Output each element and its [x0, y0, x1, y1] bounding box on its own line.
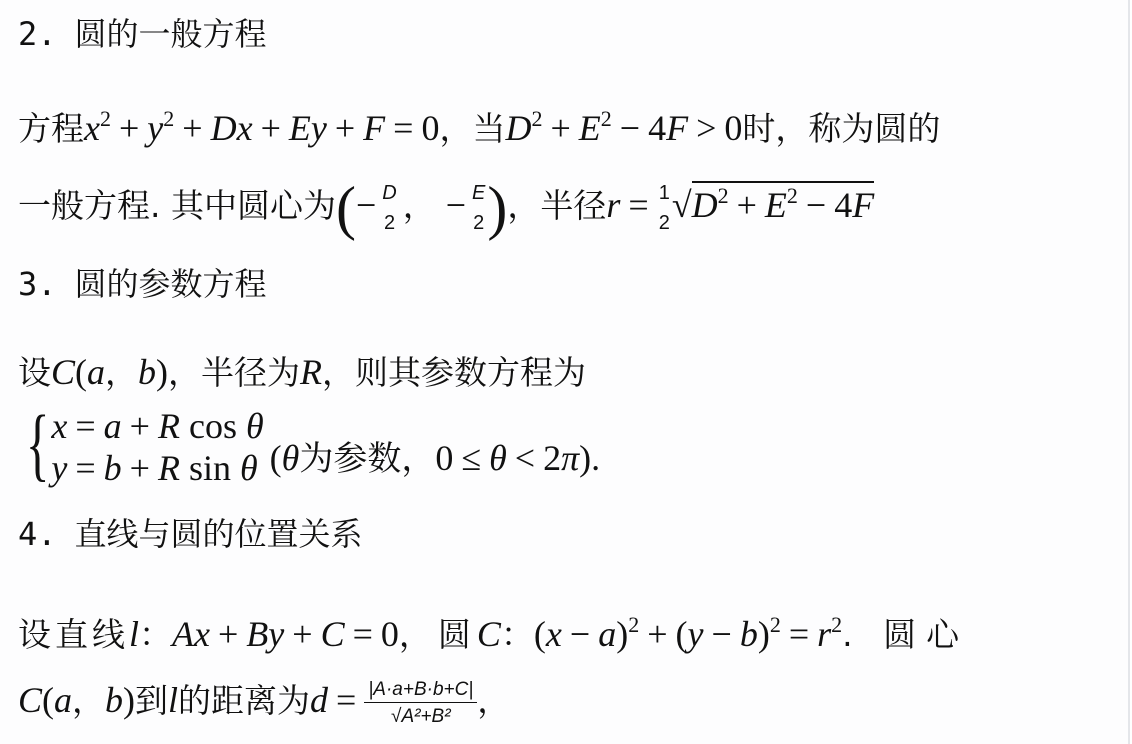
fraction-d-over-2: D2 — [380, 183, 398, 233]
section-title: 圆的参数方程 — [75, 265, 267, 303]
line-circle-definition: 设直线l：Ax+By+C=0，圆C：(x−a)2+(y−b)2=r2. 圆心 — [18, 605, 969, 655]
text-fragment: 设直线 — [18, 615, 129, 654]
document-page: 2.圆的一般方程 方程x2+y2+Dx+Ey+F=0，当D2+E2−4F>0时，… — [0, 0, 1130, 744]
parametric-intro-line: 设C(a，b)，半径为R，则其参数方程为 — [18, 352, 586, 393]
text-fragment: 到 — [135, 681, 168, 720]
center-radius-line: 一般方程. 其中圆心为(−D2，−E2)，半径r=12√D2+E2−4F — [18, 176, 874, 238]
fraction-one-half: 12 — [657, 183, 672, 233]
text-fragment: ，圆 — [399, 615, 477, 654]
parameter-condition: (θ为参数，0≤θ<2π). — [270, 431, 601, 480]
section-2-heading: 2.圆的一般方程 — [18, 14, 267, 54]
text-fragment: ，则其参数方程为 — [322, 353, 586, 392]
distance-formula-line: C(a，b)到l的距离为d=|A·a+B·b+C|√A²+B²， — [18, 680, 510, 726]
text-fragment: 方程 — [18, 109, 84, 148]
section-number: 3. — [18, 265, 57, 303]
distance-fraction: |A·a+B·b+C|√A²+B² — [364, 680, 477, 726]
text-fragment: ，半径为 — [168, 353, 300, 392]
text-fragment: 时，称为圆的 — [742, 109, 940, 148]
fraction-e-over-2: E2 — [470, 183, 487, 233]
text-fragment: 当 — [472, 109, 505, 148]
general-equation-line: 方程x2+y2+Dx+Ey+F=0，当D2+E2−4F>0时，称为圆的 — [18, 99, 940, 149]
section-title: 圆的一般方程 — [75, 15, 267, 53]
left-brace-icon: { — [26, 403, 50, 485]
text-fragment: ，半径 — [507, 186, 606, 225]
square-root: √D2+E2−4F — [672, 176, 874, 225]
section-title: 直线与圆的位置关系 — [75, 515, 363, 553]
parametric-eq-x: x=a+R cos θ — [51, 405, 263, 447]
text-fragment: . 圆心 — [842, 615, 969, 654]
parametric-system: { x=a+R cos θ y=b+R sin θ (θ为参数，0≤θ<2π). — [18, 405, 600, 489]
parametric-eq-y: y=b+R sin θ — [51, 447, 263, 489]
section-number: 4. — [18, 515, 57, 553]
text-fragment: 一般方程. 其中圆心为 — [18, 186, 336, 225]
section-3-heading: 3.圆的参数方程 — [18, 264, 267, 304]
section-number: 2. — [18, 15, 57, 53]
text-fragment: 设 — [18, 353, 51, 392]
text-fragment: 的距离为 — [178, 681, 310, 720]
section-4-heading: 4.直线与圆的位置关系 — [18, 514, 363, 554]
text-fragment: ， — [439, 109, 472, 148]
